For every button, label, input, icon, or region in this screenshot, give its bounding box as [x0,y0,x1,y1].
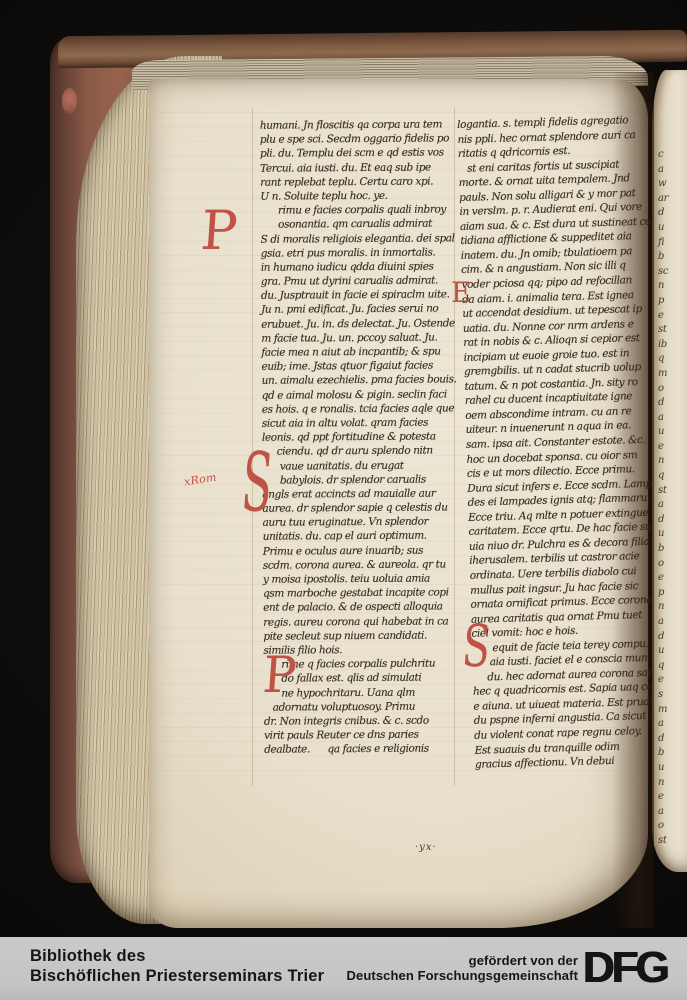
text-line: ar [658,192,687,207]
text-line: c [658,148,687,163]
rubric-initial-E: E [451,279,471,307]
quire-signature: ·yx· [415,842,437,853]
text-line: b [658,542,687,557]
text-line: Ju n. pmi edificat. Ju. facies serui no [261,303,461,319]
text-line: s [658,688,687,703]
text-line: gra. Pmu ut dyrini carualis admirat. [261,274,461,290]
text-line: unitatis. du. cap el auri optimum. [263,530,463,546]
text-line: d [658,732,687,747]
facing-page-text-fragments: cawardufibscnpestibqmodauenqstaduboepnad… [658,148,687,849]
text-line: ent de palacio. & de ospecti alloquia [263,601,463,617]
text-line: w [658,177,687,192]
dfg-logo: DFG [583,943,667,993]
text-line: a [658,717,687,732]
text-line: a [658,615,687,630]
text-line: e [658,673,687,688]
text-line: o [658,382,687,397]
text-line: u [658,644,687,659]
text-line: d [658,396,687,411]
text-line: u [658,221,687,236]
text-line: y moisa ipostolis. teiu uoluia amia [263,572,463,588]
text-line: pli. du. Templu dei scm e qd estis vos [260,147,460,163]
text-line: e [658,571,687,586]
text-line: b [658,250,687,265]
text-line: facie mea n aiut ab incpantib; & spu [261,345,461,361]
text-line: p [658,294,687,309]
text-line: d [658,513,687,528]
text-line: st [658,323,687,338]
text-line: p [658,586,687,601]
text-line: o [658,819,687,834]
text-line: m [658,367,687,382]
text-line: Primu e oculus aure inuarib; sus [263,544,463,560]
text-line: n [658,454,687,469]
text-line: n [658,279,687,294]
text-line: q [658,469,687,484]
cover-wear-mark [62,88,77,114]
text-line: d [658,206,687,221]
text-line: regis. aureu corona qui habebat in ca [263,615,463,631]
text-line: sicut aia in altu volat. qram facies [262,416,462,432]
text-line: u [658,761,687,776]
text-line: scdm. corona aurea. & aureola. qr tu [263,558,463,574]
text-line: o [658,557,687,572]
text-line: rant replebat teplu. Certu caro xpi. [260,175,460,191]
text-line: m facie tua. Ju. un. pccoy saluat. Ju. [261,331,461,347]
text-line: sc [658,265,687,280]
text-line: dealbate. qa facies e religionis [264,743,464,759]
text-line: rimu e facies corpalis quali inbroy [260,203,460,219]
text-line: U n. Soluite teplu hoc. ye. [260,189,460,205]
facing-page-edge: cawardufibscnpestibqmodauenqstaduboepnad… [652,70,687,872]
funding-credit-line2: Deutschen Forschungsgemeinschaft [347,968,578,983]
library-name-line1: Bibliothek des [30,947,324,967]
funding-credit-line1: gefördert von der [347,953,578,968]
rubric-initial-S2: S [460,618,492,676]
library-name-line2: Bischöflichen Priesterseminars Trier [30,967,324,987]
text-line: dr. Non integris cnibus. & c. scdo [264,714,464,730]
text-line: u [658,527,687,542]
text-line: fi [658,236,687,251]
text-line: in humano iudicu qdda diuini spies [261,260,461,276]
text-line: erubuet. Ju. in. ds delectat. Ju. Ostend… [261,317,461,333]
text-line: gsia. etri pus moralis. in inmortalis. [261,246,461,262]
text-line: a [658,411,687,426]
text-line: n [658,776,687,791]
text-line: angls erat accincts ad mauialle aur [262,487,462,503]
text-line: a [658,163,687,178]
manuscript-photo: humani. Jn floscitis qa corpa ura templu… [0,0,687,1000]
text-line: ciendu. qd dr auru splendo nitn [262,445,462,461]
text-line: vaue uanitatis. du erugat [262,459,462,475]
text-line: euib; ime. Jstas qtuor figaiut facies [261,359,461,375]
funding-credit: gefördert von der Deutschen Forschungsge… [347,953,578,983]
text-line: leonis. qd ppt fortitudine & potesta [262,430,462,446]
rubric-initial-P: P [199,204,239,258]
text-line: q [658,352,687,367]
text-line: virit pauls Reuter ce dns paries [264,728,464,744]
text-column-right: logantia. s. templi fidelis agregationis… [457,114,670,774]
library-name: Bibliothek des Bischöflichen Priestersem… [30,947,324,986]
text-line: n [658,600,687,615]
text-line: S di moralis religiois elegantia. dei sp… [261,232,461,248]
rubric-initial-S: S [239,444,275,525]
text-line: q [658,659,687,674]
text-line: qd e aimal molosu & pigin. seclin faci [262,388,462,404]
text-line: b [658,746,687,761]
text-line: aurea. dr splendor sapie q celestis du [262,501,462,517]
text-line: e [658,440,687,455]
rubric-initial-P2: P [261,650,298,700]
text-line: qsm marboche gestabat incapite copi [263,586,463,602]
text-line: e [658,309,687,324]
text-line: a [658,498,687,513]
text-line: es hois. q e ronalis. tcia facies aqle q… [262,402,462,418]
text-line: du. Jusptrauit in facie ei spiraclm uite… [261,289,461,305]
text-line: st [658,834,687,849]
text-line: m [658,703,687,718]
text-line: d [658,630,687,645]
text-line: osonantia. qm carualis admirat [260,218,460,234]
text-line: babylois. dr splendor carualis [262,473,462,489]
text-line: pite secleut sup niuem candidati. [263,629,463,645]
library-banner: Bibliothek des Bischöflichen Priestersem… [0,937,687,1000]
text-line: auru tuu eruginatue. Vn splendor [263,516,463,532]
text-line: a [658,805,687,820]
text-line: Tercui. aia iusti. du. Et eaq sub ipe [260,161,460,177]
text-line: humani. Jn floscitis qa corpa ura tem [260,118,460,134]
text-line: plu e spe sci. Secdm oggario fidelis po [260,132,460,148]
text-line: un. aimalu ezechielis. pma facies bouis. [262,374,462,390]
text-line: e [658,790,687,805]
text-line: u [658,425,687,440]
text-line: ib [658,338,687,353]
text-line: st [658,484,687,499]
